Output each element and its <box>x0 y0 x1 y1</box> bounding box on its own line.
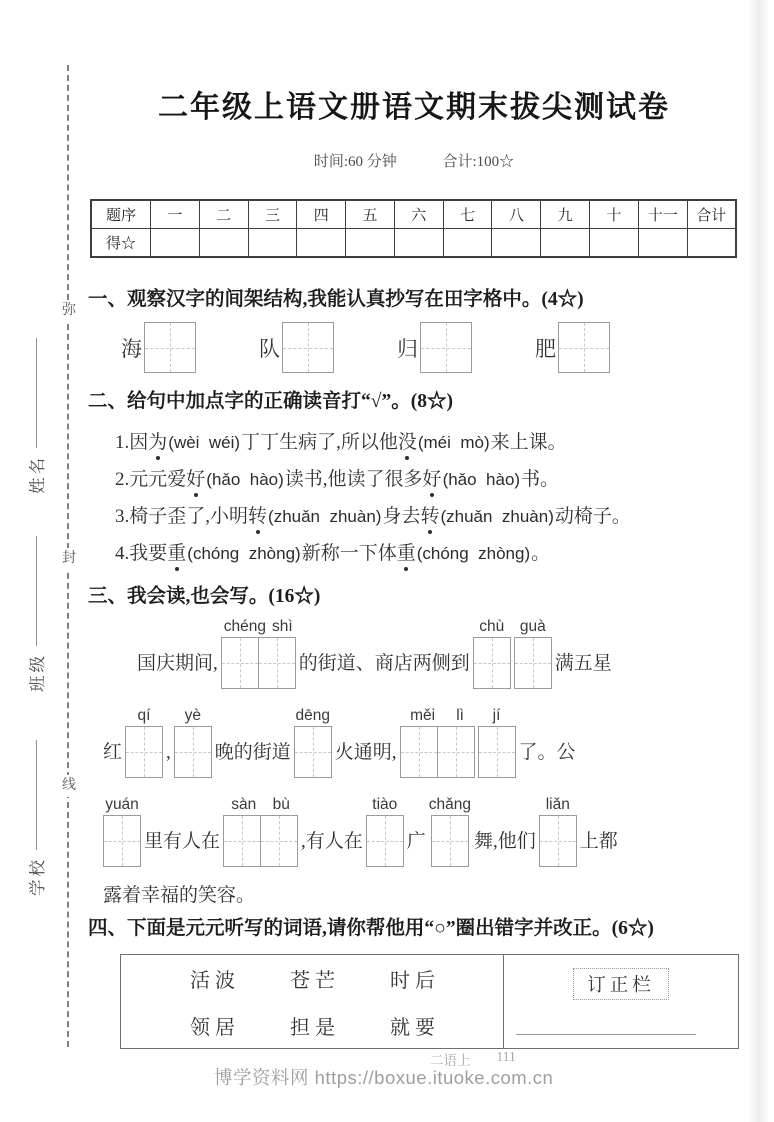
dictation-word[interactable]: 领居 <box>165 1011 265 1040</box>
pinyin-hint: měilì <box>400 706 475 726</box>
answer-cells <box>478 726 516 778</box>
answer-box-group: měilì <box>400 706 475 778</box>
score-cell[interactable] <box>492 229 541 258</box>
pinyin-syllable: shì <box>272 617 293 637</box>
pinyin-hint: yè <box>174 706 212 726</box>
pinyin-hint: yuán <box>103 795 141 815</box>
dotted-character: 为 <box>148 429 167 456</box>
answer-box-group: guà <box>514 617 552 689</box>
score-table-column: 九 <box>541 200 590 229</box>
fill-text: 露着幸福的笑容。 <box>103 884 255 908</box>
answer-box-group: sànbù <box>223 795 298 867</box>
fill-text: 晚的街道 <box>215 741 291 778</box>
section-two-heading: 二、给句中加点字的正确读音打“√”。(8☆) <box>88 389 453 415</box>
dictation-word[interactable]: 时后 <box>365 964 465 993</box>
answer-cells <box>473 637 511 689</box>
tianzige-box[interactable] <box>558 322 610 373</box>
sentence-text: 动椅子。 <box>555 506 631 527</box>
score-cell[interactable] <box>590 229 639 258</box>
sentence-text: 4.我要 <box>115 543 167 564</box>
pinyin-syllable: chéng <box>224 617 266 637</box>
name-field-label: 姓名 <box>24 455 48 494</box>
score-cell[interactable] <box>638 229 687 258</box>
sentence-text: 1.因 <box>115 432 148 453</box>
correction-label: 订正栏 <box>573 968 669 1000</box>
answer-cells <box>514 637 552 689</box>
answer-box-group: liǎn <box>539 795 577 867</box>
score-table-column: 合计 <box>687 200 736 229</box>
score-cell[interactable] <box>541 229 590 258</box>
pinyin-hint: chù <box>473 617 511 637</box>
sentence-text: 身去 <box>382 506 420 527</box>
school-field-label: 学校 <box>24 857 48 896</box>
class-field-line[interactable] <box>36 536 37 646</box>
seal-char-xian: 线 <box>60 775 78 797</box>
answer-cell[interactable] <box>479 727 515 777</box>
fill-text: 火通明, <box>335 741 397 778</box>
answer-cell[interactable] <box>224 816 260 866</box>
fill-text: , <box>166 741 171 778</box>
correction-area: 订正栏 <box>504 955 738 1048</box>
pinyin-syllable: liǎn <box>546 795 570 815</box>
tianzige-row: 海队归肥 <box>88 322 610 373</box>
score-cell[interactable] <box>297 229 346 258</box>
sentence-text: 丁丁生病了,所以他 <box>241 432 398 453</box>
score-table-column: 三 <box>248 200 297 229</box>
fill-line-3: yuán里有人在sànbù,有人在tiào广chǎng舞,他们liǎn上都 <box>88 795 740 867</box>
tianzige-box[interactable] <box>282 322 334 373</box>
answer-cell[interactable] <box>175 727 211 777</box>
pinyin-syllable: sàn <box>231 795 256 815</box>
score-table-column: 七 <box>443 200 492 229</box>
answer-cells <box>103 815 141 867</box>
pronunciation-item-4: 4.我要重(chóng zhòng)新称一下体重(chóng zhòng)。 <box>88 540 740 567</box>
score-table-score-row: 得☆ <box>91 229 736 258</box>
pronunciation-item-1: 1.因为(wèi wéi)丁丁生病了,所以他没(méi mò)来上课。 <box>88 429 740 456</box>
correction-answer-line[interactable] <box>516 1034 696 1035</box>
answer-cells <box>366 815 404 867</box>
fill-text: 广 <box>407 830 426 867</box>
score-cell[interactable] <box>151 229 200 258</box>
pinyin-syllable: chǎng <box>429 795 471 815</box>
answer-cell[interactable] <box>474 638 510 688</box>
answer-cells <box>221 637 296 689</box>
answer-cell[interactable] <box>260 816 297 866</box>
copy-item: 肥 <box>535 322 610 373</box>
answer-box-group: tiào <box>366 795 404 867</box>
dictation-word[interactable]: 苍芒 <box>265 964 365 993</box>
answer-cells <box>125 726 163 778</box>
fill-line-1: 国庆期间,chéngshì的街道、商店两侧到chùguà满五星 <box>88 617 740 689</box>
score-table-column: 四 <box>297 200 346 229</box>
answer-cells <box>539 815 577 867</box>
answer-cell[interactable] <box>401 727 437 777</box>
section-three-heading: 三、我会读,也会写。(16☆) <box>88 584 320 610</box>
pinyin-hint: dēng <box>294 706 332 726</box>
sentence-text: 书。 <box>521 469 559 490</box>
pinyin-options[interactable]: (chóng zhòng) <box>186 544 301 563</box>
dictation-word[interactable]: 担是 <box>265 1011 365 1040</box>
seal-char-feng: 封 <box>60 548 78 570</box>
score-cell[interactable] <box>687 229 736 258</box>
sentence-text: 2.元元爱 <box>115 469 186 490</box>
pinyin-syllable: jí <box>493 706 501 726</box>
score-cell[interactable] <box>394 229 443 258</box>
model-character: 肥 <box>535 333 556 363</box>
dotted-character: 没 <box>398 429 417 456</box>
sentence-text: 3.椅子歪了,小明 <box>115 506 248 527</box>
name-field-line[interactable] <box>36 338 37 448</box>
dotted-character: 重 <box>397 540 416 567</box>
copy-item: 海 <box>121 322 196 373</box>
answer-cell[interactable] <box>222 638 258 688</box>
pinyin-syllable: guà <box>520 617 546 637</box>
watermark: 博学资料网 https://boxue.ituoke.com.cn <box>214 1064 553 1090</box>
dotted-character: 好 <box>186 466 205 493</box>
pinyin-options[interactable]: (zhuǎn zhuàn) <box>267 507 382 526</box>
pinyin-syllable: yè <box>185 706 201 726</box>
score-table-corner-cell: 题序 <box>91 200 151 229</box>
sentence-text: 来上课。 <box>491 432 567 453</box>
model-character: 队 <box>259 333 280 363</box>
fill-line-2: 红qí,yè晚的街道dēng火通明,měilìjí了。公 <box>88 706 740 778</box>
dictation-word[interactable]: 就要 <box>365 1011 465 1040</box>
score-row-label: 得☆ <box>91 229 151 258</box>
paper-content: 二年级上语文册语文期末拔尖测试卷 时间:60 分钟 合计:100☆ 题序一二三四… <box>88 0 740 1122</box>
score-table-column: 一 <box>151 200 200 229</box>
answer-box-group: jí <box>478 706 516 778</box>
dotted-character: 转 <box>248 503 267 530</box>
pronunciation-item-2: 2.元元爱好(hǎo hào)读书,他读了很多好(hǎo hào)书。 <box>88 466 740 493</box>
dictation-word[interactable]: 活波 <box>165 964 265 993</box>
pinyin-syllable: měi <box>410 706 435 726</box>
dotted-character: 好 <box>423 466 442 493</box>
answer-cell[interactable] <box>295 727 331 777</box>
answer-cells <box>400 726 475 778</box>
score-table-header-row: 题序一二三四五六七八九十十一合计 <box>91 200 736 229</box>
pinyin-options[interactable]: (chóng zhòng) <box>416 544 531 563</box>
page-edge-shadow <box>748 0 768 1122</box>
pinyin-hint: chéngshì <box>221 617 296 637</box>
answer-box-group: yuán <box>103 795 141 867</box>
fill-text: 的街道、商店两侧到 <box>299 652 470 689</box>
score-cell[interactable] <box>346 229 395 258</box>
sentence-text: 新称一下体 <box>302 543 397 564</box>
score-table-column: 八 <box>492 200 541 229</box>
score-table: 题序一二三四五六七八九十十一合计 得☆ <box>90 199 737 258</box>
answer-box-group: yè <box>174 706 212 778</box>
page-title: 二年级上语文册语文期末拔尖测试卷 <box>88 82 740 126</box>
answer-cell[interactable] <box>540 816 576 866</box>
pinyin-hint: qí <box>125 706 163 726</box>
pinyin-options[interactable]: (méi mò) <box>417 433 491 452</box>
model-character: 海 <box>121 333 142 363</box>
section-four-heading: 四、下面是元元听写的词语,请你帮他用“○”圈出错字并改正。(6☆) <box>88 916 654 942</box>
pinyin-syllable: yuán <box>105 795 139 815</box>
seal-char-mi: 弥 <box>60 300 78 322</box>
dotted-character: 转 <box>420 503 439 530</box>
class-field-label: 班级 <box>24 653 48 692</box>
dictation-words: 活波苍芒时后领居担是就要 <box>121 955 504 1048</box>
dotted-character: 重 <box>167 540 186 567</box>
copy-item: 队 <box>259 322 334 373</box>
pinyin-hint: sànbù <box>223 795 298 815</box>
answer-box-group: chǎng <box>429 795 471 867</box>
answer-cell[interactable] <box>126 727 162 777</box>
pinyin-syllable: qí <box>138 706 151 726</box>
pinyin-hint: jí <box>478 706 516 726</box>
fill-text: 了。公 <box>519 741 576 778</box>
score-table-column: 十 <box>590 200 639 229</box>
answer-cells <box>174 726 212 778</box>
score-cell[interactable] <box>199 229 248 258</box>
dictation-box: 活波苍芒时后领居担是就要 订正栏 <box>120 954 739 1049</box>
pinyin-options[interactable]: (hǎo hào) <box>442 470 522 489</box>
answer-cell[interactable] <box>104 816 140 866</box>
pronunciation-item-3: 3.椅子歪了,小明转(zhuǎn zhuàn)身去转(zhuǎn zhuàn)动… <box>88 503 740 530</box>
sentence-text: 读书,他读了很多 <box>285 469 423 490</box>
score-cell[interactable] <box>248 229 297 258</box>
fill-text: 国庆期间, <box>137 652 218 689</box>
score-table-column: 二 <box>199 200 248 229</box>
answer-box-group: qí <box>125 706 163 778</box>
exam-meta: 时间:60 分钟 合计:100☆ <box>88 150 740 171</box>
copy-item: 归 <box>397 322 472 373</box>
answer-cell[interactable] <box>258 638 295 688</box>
pinyin-hint: tiào <box>366 795 404 815</box>
answer-cell[interactable] <box>367 816 403 866</box>
answer-cell[interactable] <box>437 727 474 777</box>
class-field[interactable]: 班级 <box>24 536 48 692</box>
fill-text: 上都 <box>580 830 618 867</box>
answer-cells <box>294 726 332 778</box>
score-table-column: 五 <box>346 200 395 229</box>
pinyin-syllable: chù <box>479 617 504 637</box>
total-label: 合计:100☆ <box>443 154 515 170</box>
time-label: 时间:60 分钟 <box>314 154 397 170</box>
pinyin-hint: chǎng <box>429 795 471 815</box>
pinyin-hint: guà <box>514 617 552 637</box>
score-cell[interactable] <box>443 229 492 258</box>
pinyin-syllable: dēng <box>296 706 330 726</box>
tianzige-box[interactable] <box>420 322 472 373</box>
pinyin-hint: liǎn <box>539 795 577 815</box>
score-table-column: 六 <box>394 200 443 229</box>
fill-text: 舞,他们 <box>474 830 536 867</box>
pinyin-options[interactable]: (wèi wéi) <box>167 433 241 452</box>
pinyin-syllable: tiào <box>372 795 397 815</box>
sentence-text: 。 <box>531 543 550 564</box>
fill-line-4: 露着幸福的笑容。 <box>88 884 740 908</box>
section-two-items: 1.因为(wèi wéi)丁丁生病了,所以他没(méi mò)来上课。2.元元爱… <box>88 429 740 577</box>
pinyin-options[interactable]: (hǎo hào) <box>205 470 285 489</box>
answer-box-group: chéngshì <box>221 617 296 689</box>
answer-cells <box>431 815 469 867</box>
school-field[interactable]: 学校 <box>24 740 48 896</box>
answer-box-group: dēng <box>294 706 332 778</box>
fill-text: 里有人在 <box>144 830 220 867</box>
pinyin-syllable: lì <box>456 706 464 726</box>
model-character: 归 <box>397 333 418 363</box>
fill-text: ,有人在 <box>301 830 363 867</box>
school-field-line[interactable] <box>36 740 37 850</box>
section-three-lines: 国庆期间,chéngshì的街道、商店两侧到chùguà满五星红qí,yè晚的街… <box>88 617 740 925</box>
answer-box-group: chù <box>473 617 511 689</box>
answer-cell[interactable] <box>515 638 551 688</box>
answer-cell[interactable] <box>432 816 468 866</box>
name-field[interactable]: 姓名 <box>24 338 48 494</box>
pinyin-syllable: bù <box>273 795 290 815</box>
tianzige-box[interactable] <box>144 322 196 373</box>
pinyin-options[interactable]: (zhuǎn zhuàn) <box>439 507 554 526</box>
score-table-column: 十一 <box>638 200 687 229</box>
fill-text: 满五星 <box>555 652 612 689</box>
fill-text: 红 <box>103 741 122 778</box>
answer-cells <box>223 815 298 867</box>
section-one-heading: 一、观察汉字的间架结构,我能认真抄写在田字格中。(4☆) <box>88 287 584 313</box>
